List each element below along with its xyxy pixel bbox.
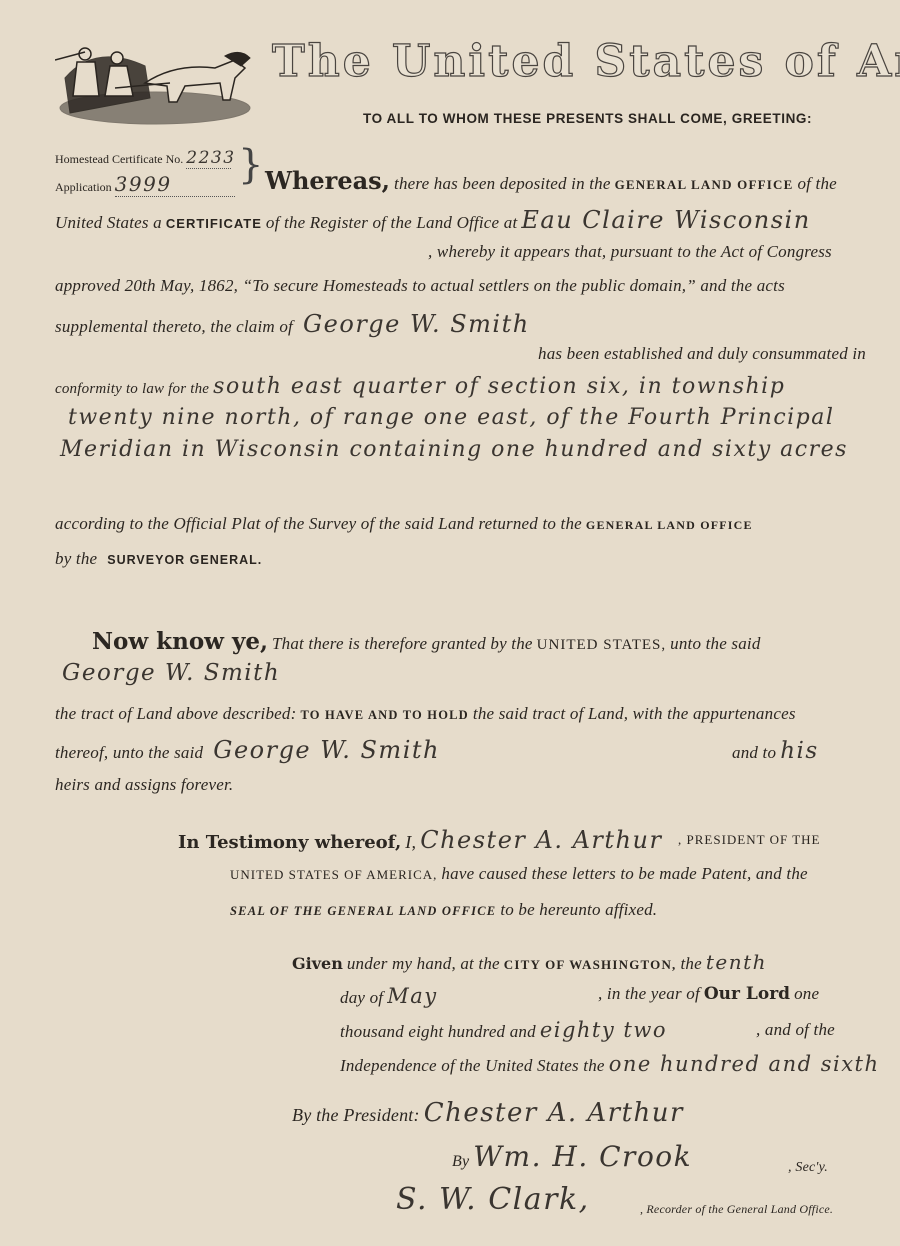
president-signature: Chester A. Arthur bbox=[424, 1098, 684, 1128]
farm-plowing-engraving-icon bbox=[55, 38, 255, 130]
testimony-line-2: UNITED STATES OF AMERICA, have caused th… bbox=[230, 864, 808, 884]
land-description-2: twenty nine north, of range one east, of… bbox=[68, 405, 834, 430]
month-value: May bbox=[387, 984, 437, 1008]
testimony-heading: In Testimony whereof, bbox=[178, 832, 401, 853]
land-description-3: Meridian in Wisconsin containing one hun… bbox=[60, 437, 848, 462]
given-line-3b: , and of the bbox=[756, 1020, 835, 1040]
president-signature-line: By the President: Chester A. Arthur bbox=[292, 1098, 684, 1128]
independence-year: one hundred and sixth bbox=[609, 1052, 880, 1076]
given-line-2a: day of May bbox=[340, 984, 438, 1008]
grant-heading: Now know ye, bbox=[92, 628, 268, 655]
whereas-line-9: by the SURVEYOR GENERAL. bbox=[55, 549, 262, 569]
greeting-line: TO ALL TO WHOM THESE PRESENTS SHALL COME… bbox=[363, 111, 812, 126]
grant-line-2: the tract of Land above described: TO HA… bbox=[55, 704, 796, 724]
document-title: The United States of America, bbox=[272, 36, 900, 87]
president-title: , PRESIDENT OF THE bbox=[678, 832, 820, 848]
whereas-line-5: supplemental thereto, the claim of Georg… bbox=[55, 310, 530, 338]
certificate-number-field: Homestead Certificate No. 2233 bbox=[55, 148, 231, 169]
day-value: tenth bbox=[706, 950, 767, 974]
secretary-signature-line: By Wm. H. Crook bbox=[452, 1140, 692, 1173]
whereas-line-3: , whereby it appears that, pursuant to t… bbox=[428, 242, 832, 262]
whereas-line-7: conformity to law for the south east qua… bbox=[55, 374, 785, 399]
given-line-3: thousand eight hundred and eighty two bbox=[340, 1018, 667, 1042]
secretary-signature: Wm. H. Crook bbox=[473, 1140, 692, 1173]
whereas-line-1: Whereas, there has been deposited in the… bbox=[265, 166, 837, 195]
certificate-label: Homestead Certificate No. bbox=[55, 152, 183, 166]
given-line-4: Independence of the United States the on… bbox=[340, 1052, 880, 1076]
recorder-title: , Recorder of the General Land Office. bbox=[640, 1202, 833, 1217]
president-name: Chester A. Arthur bbox=[420, 826, 662, 854]
land-office-location: Eau Claire Wisconsin bbox=[521, 206, 810, 234]
application-number-field: Application 3999 bbox=[55, 172, 235, 197]
application-label: Application bbox=[55, 180, 112, 194]
given-line-1: Given under my hand, at the CITY OF WASH… bbox=[292, 950, 767, 974]
year-value: eighty two bbox=[540, 1018, 667, 1042]
whereas-line-8: according to the Official Plat of the Su… bbox=[55, 514, 753, 534]
whereas-line-6: has been established and duly consummate… bbox=[538, 344, 866, 364]
brace-divider: } bbox=[238, 142, 263, 188]
recorder-signature: S. W. Clark, bbox=[396, 1182, 590, 1217]
whereas-line-4: approved 20th May, 1862, “To secure Home… bbox=[55, 276, 785, 296]
land-description-1: south east quarter of section six, in to… bbox=[213, 374, 785, 399]
grant-line-4: heirs and assigns forever. bbox=[55, 775, 233, 795]
testimony-line-3: SEAL OF THE GENERAL LAND OFFICE to be he… bbox=[230, 900, 657, 920]
secretary-title: , Sec'y. bbox=[788, 1160, 828, 1176]
certificate-number: 2233 bbox=[186, 148, 231, 169]
whereas-line-2: United States a CERTIFICATE of the Regis… bbox=[55, 206, 811, 234]
claimant-name: George W. Smith bbox=[303, 310, 530, 338]
grant-heirs-clause: and to his bbox=[732, 738, 819, 764]
grantee-name: George W. Smith bbox=[62, 660, 280, 686]
grant-line-3: thereof, unto the said George W. Smith bbox=[55, 736, 440, 764]
given-heading: Given bbox=[292, 954, 343, 973]
testimony-line-1: In Testimony whereof, I, Chester A. Arth… bbox=[178, 826, 662, 854]
given-line-2b: , in the year of Our Lord one bbox=[598, 984, 819, 1004]
application-number: 3999 bbox=[115, 172, 235, 197]
pronoun: his bbox=[780, 738, 818, 764]
whereas-heading: Whereas, bbox=[265, 166, 390, 195]
grantee-name-2: George W. Smith bbox=[213, 736, 440, 764]
grant-line-1: Now know ye, That there is therefore gra… bbox=[92, 628, 761, 655]
